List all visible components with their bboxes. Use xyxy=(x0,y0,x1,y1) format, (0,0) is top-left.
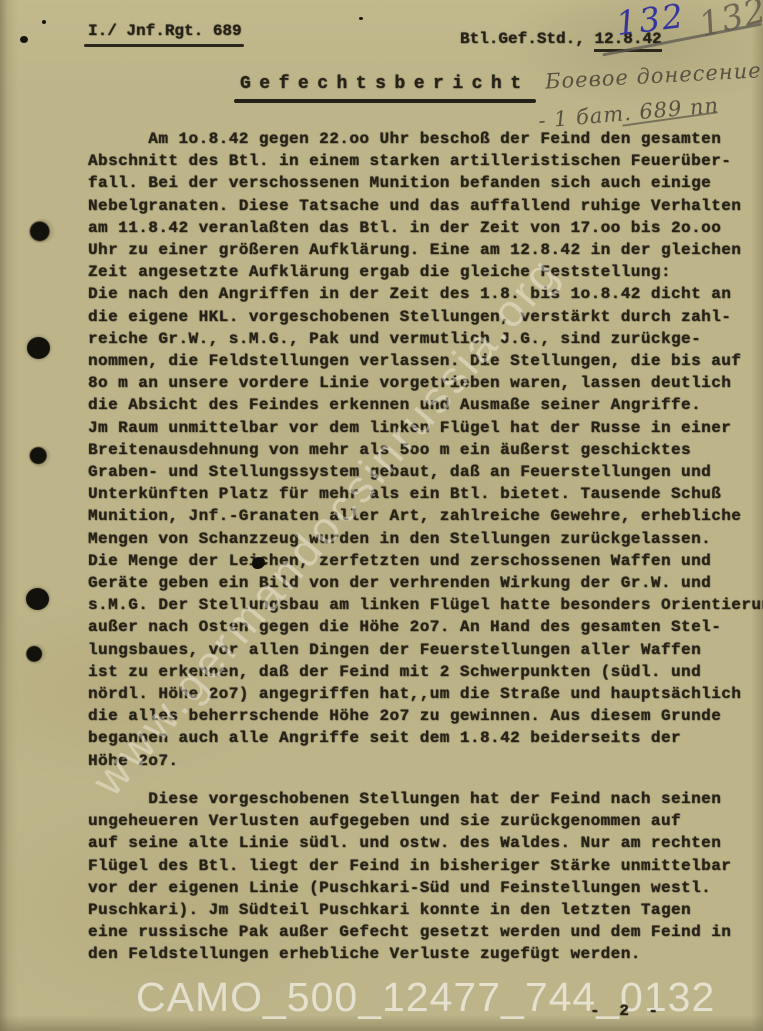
punch-hole xyxy=(25,215,60,247)
text-line: Höhe 2o7. xyxy=(88,750,763,772)
paper-speck xyxy=(359,17,363,20)
paragraph: Diese vorgeschobenen Stellungen hat der … xyxy=(88,788,763,966)
text-line: Zeit angesetzte Aufklärung ergab die gle… xyxy=(88,261,763,283)
text-line: Uhr zu einer größeren Aufklärung. Eine a… xyxy=(88,239,763,261)
text-line: Die nach den Angriffen in der Zeit des 1… xyxy=(88,283,763,305)
text-line: Geräte geben ein Bild von der verhrenden… xyxy=(88,572,763,594)
page-number: - 2 - xyxy=(590,1002,663,1020)
punch-hole xyxy=(26,588,49,610)
text-line: Nebelgranaten. Diese Tatsache und das au… xyxy=(88,195,763,217)
text-line: s.M.G. Der Stellungsbau am linken Flügel… xyxy=(88,594,763,616)
text-line: Graben- und Stellungssystem gebaut, daß … xyxy=(88,461,763,483)
unit-designation: I./ Jnf.Rgt. 689 xyxy=(88,22,242,40)
text-line: am 11.8.42 veranlaßten das Btl. in der Z… xyxy=(88,217,763,239)
paper-speck xyxy=(20,36,28,43)
unit-underline xyxy=(84,44,244,47)
text-line: Diese vorgeschobenen Stellungen hat der … xyxy=(88,788,763,810)
headquarters-label: Btl.Gef.Std., xyxy=(460,30,585,48)
report-body: Am 1o.8.42 gegen 22.oo Uhr beschoß der F… xyxy=(88,128,763,982)
text-line: die eigene HKL. vorgeschobenen Stellunge… xyxy=(88,306,763,328)
handwritten-annotation-line2: - 1 бат. 689 пп xyxy=(537,93,720,133)
page-title: Gefechtsbericht xyxy=(240,74,530,94)
archive-number-pencil: 132 xyxy=(695,0,763,46)
text-line: Puschkari). Jm Südteil Puschkari konnte … xyxy=(88,899,763,921)
text-line: eine russische Pak außer Gefecht gesetzt… xyxy=(88,921,763,943)
text-line: Mengen von Schanzzeug wurden in den Stel… xyxy=(88,528,763,550)
text-line: vor der eigenen Linie (Puschkari-Süd und… xyxy=(88,877,763,899)
text-line: Abschnitt des Btl. in einem starken arti… xyxy=(88,150,763,172)
document-page: I./ Jnf.Rgt. 689 Btl.Gef.Std., 12.8.42 1… xyxy=(0,0,763,1031)
text-line: Am 1o.8.42 gegen 22.oo Uhr beschoß der F… xyxy=(88,128,763,150)
text-line: Flügel des Btl. liegt der Feind in bishe… xyxy=(88,855,763,877)
handwritten-annotation-line1: Боевое донесение xyxy=(545,58,763,93)
text-line: Unterkünften Platz für mehr als ein Btl.… xyxy=(88,483,763,505)
text-line: Die Menge der Leichen, zerfetzten und ze… xyxy=(88,550,763,572)
punch-hole xyxy=(26,443,55,469)
text-line: ungeheueren Verlusten aufgegeben und sie… xyxy=(88,810,763,832)
archive-number-ink: 132 xyxy=(614,0,687,43)
text-line: außer nach Osten gegen die Höhe 2o7. An … xyxy=(88,616,763,638)
text-line: fall. Bei der verschossenen Munition bef… xyxy=(88,172,763,194)
punch-hole xyxy=(23,642,48,666)
text-line: auf seine alte Linie südl. und ostw. des… xyxy=(88,832,763,854)
punch-hole xyxy=(27,337,50,359)
text-line: den Feldstellungen erhebliche Verluste z… xyxy=(88,943,763,965)
text-line: reiche Gr.W., s.M.G., Pak und vermutlich… xyxy=(88,328,763,350)
paper-speck xyxy=(42,20,46,24)
text-line: begannen auch alle Angriffe seit dem 1.8… xyxy=(88,727,763,749)
text-line: Munition, Jnf.-Granaten aller Art, zahlr… xyxy=(88,505,763,527)
title-underline xyxy=(234,99,536,103)
